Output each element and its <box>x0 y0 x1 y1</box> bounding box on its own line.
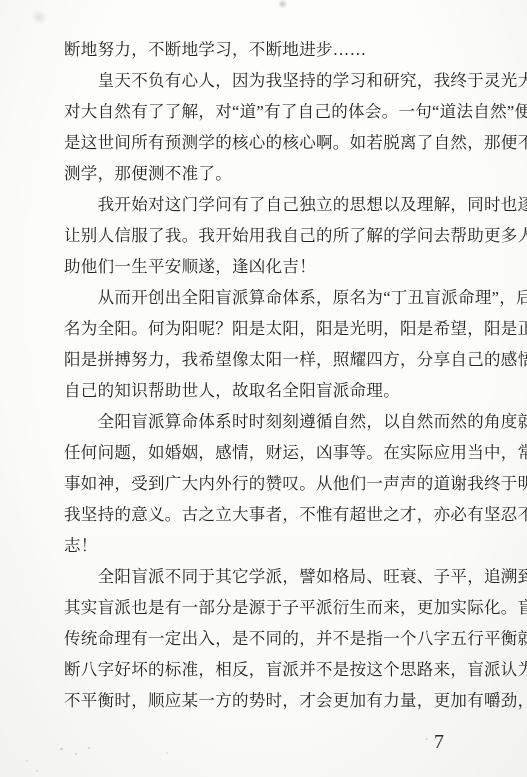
scan-smudge <box>28 6 51 28</box>
text-line: 自己的知识帮助世人，故取名全阳盲派命理。 <box>64 375 468 406</box>
text-line: 让别人信服了我。我开始用我自己的所了解的学问去帮助更多人，帮 <box>64 220 468 251</box>
scan-speck <box>36 770 38 772</box>
text-line: 传统命理有一定出入，是不同的，并不是指一个八字五行平衡就可以 <box>64 623 468 654</box>
scanned-page: 断地努力，不断地学习，不断地进步…… 皇天不负有心人，因为我坚持的学习和研究，我… <box>0 0 527 777</box>
text-line: 皇天不负有心人，因为我坚持的学习和研究，我终于灵光大开， <box>64 65 468 96</box>
text-line: 全阳盲派不同于其它学派，譬如格局、旺衰、子平，追溯到最后 <box>64 561 468 592</box>
scan-speck <box>26 760 28 762</box>
text-line: 任何问题，如婚姻，感情，财运，凶事等。在实际应用当中，常常断 <box>64 437 468 468</box>
scan-smudge <box>278 0 287 8</box>
text-line: 事如神，受到广大内外行的赞叹。从他们一声声的道谢我终于明白了 <box>64 468 468 499</box>
text-line: 其实盲派也是有一部分是源于子平派衍生而来，更加实际化。盲派与 <box>64 592 468 623</box>
text-line: 断八字好坏的标准，相反，盲派并不是按这个思路来，盲派认为五行 <box>64 654 468 685</box>
scan-speck <box>75 753 77 755</box>
text-line: 对大自然有了了解，对“道”有了自己的体会。一句“道法自然”便 <box>64 96 468 127</box>
text-line: 阳是拼搏努力，我希望像太阳一样，照耀四方，分享自己的感悟，用 <box>64 344 468 375</box>
text-line: 助他们一生平安顺遂，逢凶化吉！ <box>64 251 468 282</box>
scan-speck <box>166 752 168 754</box>
text-line: 志！ <box>64 530 468 561</box>
scan-speck <box>88 747 90 749</box>
text-line: 全阳盲派算命体系时时刻刻遵循自然，以自然而然的角度就思考 <box>64 406 468 437</box>
text-line: 测学，那便测不准了。 <box>64 158 468 189</box>
text-line: 我开始对这门学问有了自己独立的思想以及理解，同时也逐渐地 <box>64 189 468 220</box>
text-line: 是这世间所有预测学的核心的核心啊。如若脱离了自然，那便不是预 <box>64 127 468 158</box>
scan-speck <box>425 738 428 740</box>
page-number: 7 <box>434 728 464 756</box>
scan-speck <box>60 748 63 750</box>
text-line: 断地努力，不断地学习，不断地进步…… <box>64 34 468 65</box>
text-line: 不平衡时，顺应某一方的势时，才会更加有力量，更加有嚼劲，但凡 <box>64 685 468 716</box>
text-line: 从而开创出全阳盲派算命体系，原名为“丁丑盲派命理”，后改 <box>64 282 468 313</box>
text-line: 名为全阳。何为阳呢？阳是太阳，阳是光明，阳是希望，阳是正能量， <box>64 313 468 344</box>
text-line: 我坚持的意义。古之立大事者，不惟有超世之才，亦必有坚忍不拔之 <box>64 499 468 530</box>
body-text: 断地努力，不断地学习，不断地进步…… 皇天不负有心人，因为我坚持的学习和研究，我… <box>64 34 468 716</box>
